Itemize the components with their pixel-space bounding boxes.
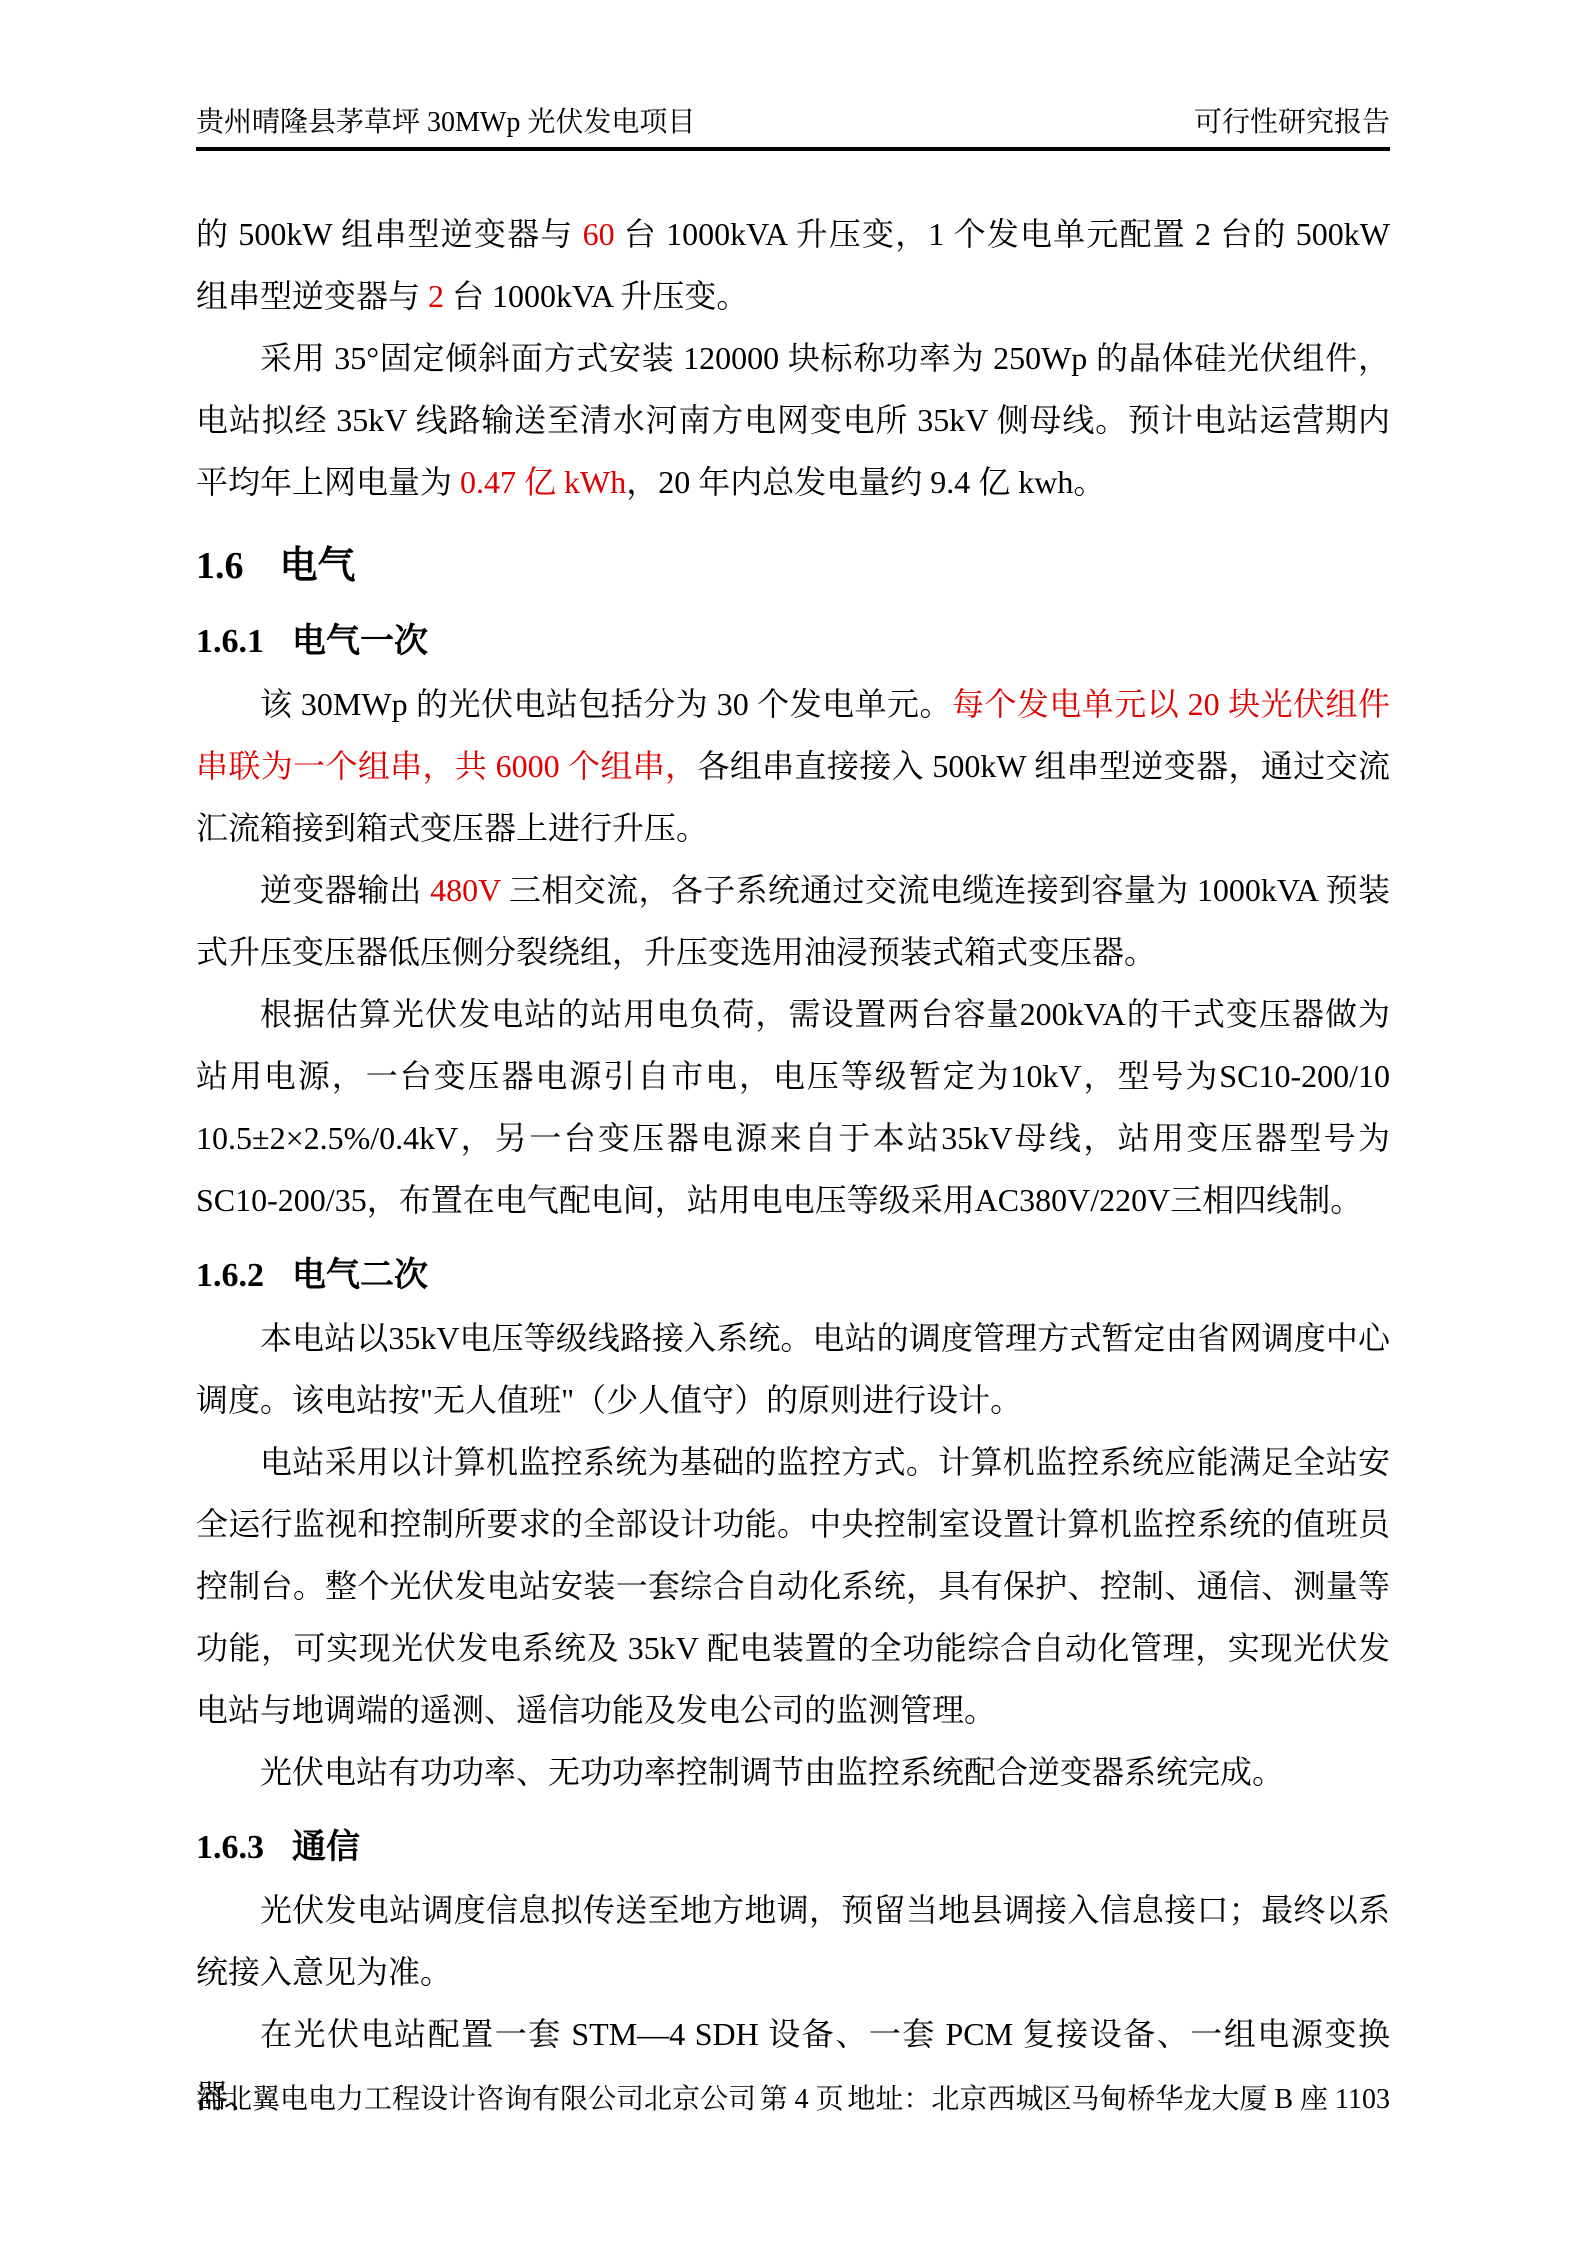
body-text: 该 30MWp 的光伏电站包括分为 30 个发电单元。 xyxy=(260,686,952,722)
section-number: 1.6 xyxy=(196,535,244,597)
body-text: 电站采用以计算机监控系统为基础的监控方式。计算机监控系统应能满足全站安全运行监视… xyxy=(196,1444,1390,1728)
paragraph: 根据估算光伏发电站的站用电负荷，需设置两台容量200kVA的干式变压器做为站用电… xyxy=(196,983,1390,1231)
header-doc-type: 可行性研究报告 xyxy=(1194,104,1390,142)
section-title: 通信 xyxy=(292,1829,360,1866)
document-body: 的 500kW 组串型逆变器与 60 台 1000kVA 升压变，1 个发电单元… xyxy=(196,203,1390,2127)
highlighted-text: 0.47 亿 kWh xyxy=(460,464,626,500)
highlighted-text: 2 xyxy=(428,278,444,314)
page-footer: 河北翼电电力工程设计咨询有限公司北京公司 第 4 页 地址：北京西城区马甸桥华龙… xyxy=(196,2082,1390,2118)
body-text: 光伏电站有功功率、无功功率控制调节由监控系统配合逆变器系统完成。 xyxy=(260,1754,1284,1790)
body-text: 光伏发电站调度信息拟传送至地方地调，预留当地县调接入信息接口；最终以系统接入意见… xyxy=(196,1892,1390,1990)
section-title: 电气二次 xyxy=(292,1257,428,1294)
section-title: 电气一次 xyxy=(292,623,428,660)
section-number: 1.6.2 xyxy=(196,1245,264,1307)
section-number: 1.6.3 xyxy=(196,1817,264,1879)
body-text: 的 500kW 组串型逆变器与 xyxy=(196,216,583,252)
paragraph: 本电站以35kV电压等级线路接入系统。电站的调度管理方式暂定由省网调度中心调度。… xyxy=(196,1307,1390,1431)
footer-company: 河北翼电电力工程设计咨询有限公司北京公司 xyxy=(196,2082,756,2118)
paragraph: 采用 35°固定倾斜面方式安装 120000 块标称功率为 250Wp 的晶体硅… xyxy=(196,327,1390,513)
body-text: 台 1000kVA 升压变。 xyxy=(444,278,748,314)
footer-address: 地址：北京西城区马甸桥华龙大厦 B 座 1103 xyxy=(847,2082,1390,2118)
paragraph: 的 500kW 组串型逆变器与 60 台 1000kVA 升压变，1 个发电单元… xyxy=(196,203,1390,327)
paragraph: 光伏电站有功功率、无功功率控制调节由监控系统配合逆变器系统完成。 xyxy=(196,1741,1390,1803)
body-text: 逆变器输出 xyxy=(260,872,430,908)
body-text: ，20 年内总发电量约 9.4 亿 kwh。 xyxy=(626,464,1105,500)
page-header: 贵州晴隆县茅草坪 30MWp 光伏发电项目 可行性研究报告 xyxy=(196,104,1390,151)
paragraph: 该 30MWp 的光伏电站包括分为 30 个发电单元。每个发电单元以 20 块光… xyxy=(196,673,1390,859)
section-title: 电气 xyxy=(280,545,356,587)
body-text: 根据估算光伏发电站的站用电负荷，需设置两台容量200kVA的干式变压器做为站用电… xyxy=(196,996,1422,1218)
document-page: 贵州晴隆县茅草坪 30MWp 光伏发电项目 可行性研究报告 的 500kW 组串… xyxy=(0,0,1587,2245)
header-project-title: 贵州晴隆县茅草坪 30MWp 光伏发电项目 xyxy=(196,104,695,142)
highlighted-text: 60 xyxy=(583,216,615,252)
footer-page-number: 第 4 页 xyxy=(760,2082,844,2118)
section-heading-1.6: 1.6电气 xyxy=(196,535,1390,597)
body-text: 本电站以35kV电压等级线路接入系统。电站的调度管理方式暂定由省网调度中心调度。… xyxy=(196,1320,1390,1418)
section-number: 1.6.1 xyxy=(196,611,264,673)
section-heading-1.6.2: 1.6.2电气二次 xyxy=(196,1245,1390,1307)
section-heading-1.6.3: 1.6.3通信 xyxy=(196,1817,1390,1879)
highlighted-text: 480V xyxy=(430,872,501,908)
paragraph: 光伏发电站调度信息拟传送至地方地调，预留当地县调接入信息接口；最终以系统接入意见… xyxy=(196,1879,1390,2003)
section-heading-1.6.1: 1.6.1电气一次 xyxy=(196,611,1390,673)
paragraph: 逆变器输出 480V 三相交流，各子系统通过交流电缆连接到容量为 1000kVA… xyxy=(196,859,1390,983)
paragraph: 电站采用以计算机监控系统为基础的监控方式。计算机监控系统应能满足全站安全运行监视… xyxy=(196,1431,1390,1741)
